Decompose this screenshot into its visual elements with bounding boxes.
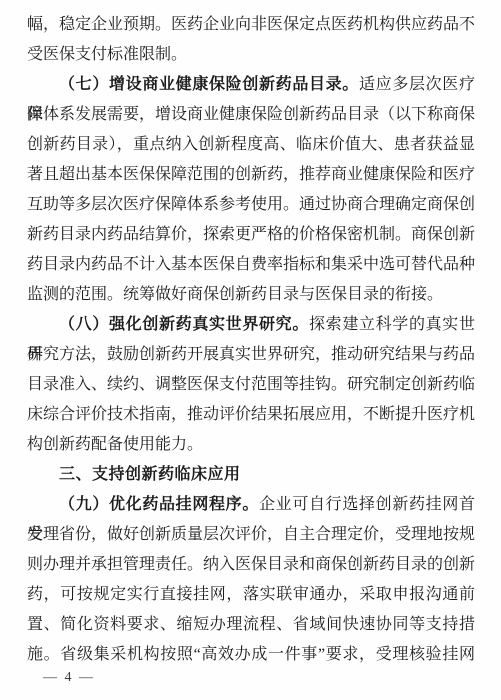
- paragraph-start-line: （八）强化创新药真实世界研究。探索建立科学的真实世界: [27, 310, 475, 340]
- clause-8-heading: （八）强化创新药真实世界研究。: [59, 316, 309, 333]
- text-line: 受理省份，做好创新质量层次评价，自主合理定价，受理地按规: [27, 520, 475, 550]
- text-line: 幅，稳定企业预期。医药企业向非医保定点医药机构供应药品不: [27, 10, 475, 40]
- text-line-paragraph-end: 受医保支付标准限制。: [27, 40, 475, 70]
- paragraph-start-line: （七）增设商业健康保险创新药品目录。适应多层次医疗保: [27, 70, 475, 100]
- clause-9-heading: （九）优化药品挂网程序。: [59, 496, 259, 513]
- text-line: 置、简化资料要求、缩短办理流程、省域间快速协同等支持措: [27, 610, 475, 640]
- text-line: 药目录内药品不计入基本医保自费率指标和集采中选可替代品种: [27, 250, 475, 280]
- text-line: 创新药目录），重点纳入创新程度高、临床价值大、患者获益显: [27, 130, 475, 160]
- text-line: 床综合评价技术指南，推动评价结果拓展应用，不断提升医疗机: [27, 400, 475, 430]
- text-line: 著且超出基本医保保障范围的创新药，推荐商业健康保险和医疗: [27, 160, 475, 190]
- text-line: 施。省级集采机构按照“高效办成一件事”要求，受理核验挂网: [27, 640, 475, 670]
- text-line: 新药目录内药品结算价，探索更严格的价格保密机制。商保创新: [27, 220, 475, 250]
- text-line: 药，可按规定实行直接挂网，落实联审通办，采取申报沟通前: [27, 580, 475, 610]
- text-line: 则办理并承担管理责任。纳入医保目录和商保创新药目录的创新: [27, 550, 475, 580]
- document-body: 幅，稳定企业预期。医药企业向非医保定点医药机构供应药品不 受医保支付标准限制。 …: [27, 10, 475, 670]
- text-line: 障体系发展需要，增设商业健康保险创新药品目录（以下称商保: [27, 100, 475, 130]
- clause-7-heading: （七）增设商业健康保险创新药品目录。: [59, 76, 359, 93]
- section-heading: 三、支持创新药临床应用: [27, 460, 475, 490]
- text-line: 研究方法，鼓励创新药开展真实世界研究，推动研究结果与药品: [27, 340, 475, 370]
- paragraph-start-line: （九）优化药品挂网程序。企业可自行选择创新药挂网首发: [27, 490, 475, 520]
- text-line-paragraph-end: 构创新药配备使用能力。: [27, 430, 475, 460]
- text-line-paragraph-end: 监测的范围。统筹做好商保创新药目录与医保目录的衔接。: [27, 280, 475, 310]
- text-line: 目录准入、续约、调整医保支付范围等挂钩。研究制定创新药临: [27, 370, 475, 400]
- text-line: 互助等多层次医疗保障体系参考使用。通过协商合理确定商保创: [27, 190, 475, 220]
- page-number: — 4 —: [43, 670, 95, 686]
- document-page: 幅，稳定企业预期。医药企业向非医保定点医药机构供应药品不 受医保支付标准限制。 …: [0, 0, 501, 700]
